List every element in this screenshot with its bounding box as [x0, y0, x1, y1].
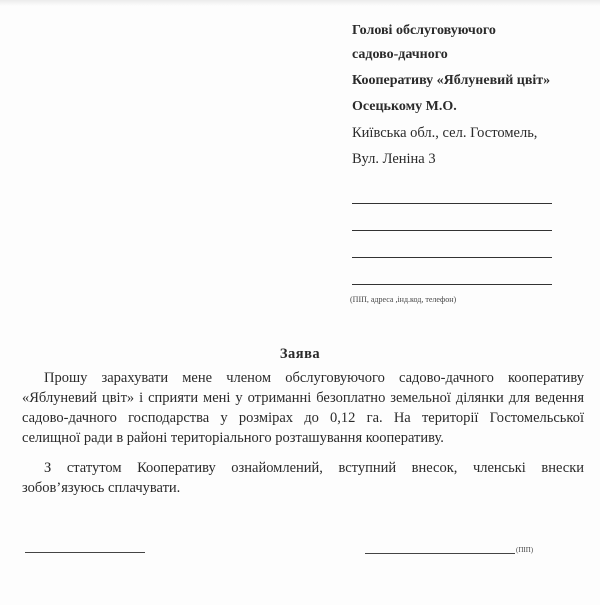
signature-blank-line[interactable]: [365, 553, 515, 554]
scan-edge: [0, 0, 600, 6]
document-page: Голові обслуговуючого садово-дачного Коо…: [0, 0, 600, 605]
signature-caption: (ПІП): [516, 546, 533, 554]
addressee-address-line-2: Вул. Леніна 3: [352, 150, 436, 168]
paragraph-1-line-2: «Яблуневий цвіт» і сприяти мені у отрима…: [22, 388, 584, 408]
applicant-blank-line-2[interactable]: [352, 230, 552, 231]
applicant-fields-caption: (ПІП, адреса ,інд.код, телефон): [350, 295, 456, 304]
paragraph-2-line-2: зобов’язуюсь сплачувати.: [22, 478, 584, 498]
applicant-blank-line-1[interactable]: [352, 203, 552, 204]
paragraph-1-line-4: селищної ради в районі територіального р…: [22, 428, 584, 448]
applicant-blank-line-3[interactable]: [352, 257, 552, 258]
applicant-blank-line-4[interactable]: [352, 284, 552, 285]
addressee-line-2: садово-дачного: [352, 46, 448, 64]
addressee-line-3: Кооперативу «Яблуневий цвіт»: [352, 72, 550, 90]
paragraph-1-line-3: садово-дачного господарства у розмірах д…: [22, 408, 584, 428]
addressee-address-line-1: Київська обл., сел. Гостомель,: [352, 124, 537, 142]
document-title: Заява: [0, 346, 600, 363]
addressee-line-1: Голові обслуговуючого: [352, 22, 496, 40]
addressee-name: Осецькому М.О.: [352, 98, 457, 116]
body-paragraph-2: З статутом Кооперативу ознайомлений, вст…: [22, 458, 584, 498]
date-blank-line[interactable]: [25, 552, 145, 553]
paragraph-2-line-1: З статутом Кооперативу ознайомлений, вст…: [22, 458, 584, 478]
paragraph-1-line-1: Прошу зарахувати мене членом обслуговуюч…: [22, 368, 584, 388]
body-paragraph-1: Прошу зарахувати мене членом обслуговуюч…: [22, 368, 584, 448]
